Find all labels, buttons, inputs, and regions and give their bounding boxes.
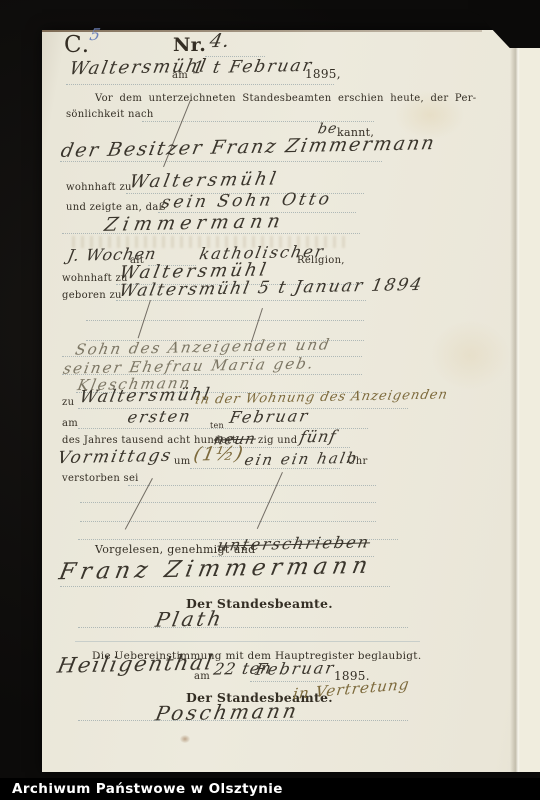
time-words: ein ein halb (243, 449, 360, 469)
blank-line (78, 627, 408, 628)
blank-line (62, 233, 360, 234)
residence1-value: Waltersmühl (128, 168, 281, 192)
death-day: ersten (126, 406, 193, 426)
death-am-label: am (62, 418, 78, 429)
year-unit-hand: fünf (298, 427, 338, 447)
born-label: geboren zu (62, 290, 122, 301)
time-prefix: Vormittags (56, 446, 174, 468)
uhr-label: Uhr (347, 456, 368, 467)
um-label: um (174, 456, 191, 467)
blank-line (116, 300, 366, 301)
certification-place: Heiligenthal (55, 650, 216, 677)
report-label: und zeigte an, daß (66, 202, 166, 213)
blank-line (128, 485, 376, 486)
am-label: am (172, 70, 188, 81)
zu-label: zu (62, 397, 74, 408)
nr-label: Nr. (173, 34, 206, 56)
section-divider (75, 641, 420, 642)
nr-value: 4. (208, 30, 232, 52)
intro-line1: Vor dem unterzeichneten Standesbeamten e… (95, 93, 476, 104)
certification-am-label: am (194, 671, 210, 682)
record-year: 1895, (305, 67, 341, 81)
page-top-edge (42, 30, 482, 32)
record-date: 1 t Februar (191, 56, 315, 79)
time-paren: (1½) (192, 442, 246, 465)
blank-line (142, 121, 374, 122)
blank-line (78, 720, 408, 721)
attestation-hand: unterschrieben (216, 532, 372, 554)
zig-label: zig und (258, 435, 297, 446)
blank-line (60, 161, 382, 162)
death-place: Waltersmühl (78, 385, 213, 408)
child-name: sein Sohn Otto (160, 189, 334, 213)
intro-line2: sönlichkeit nach (66, 109, 154, 120)
page-fold (510, 34, 520, 772)
archive-caption-bar: Archiwum Państwowe w Olsztynie (0, 778, 540, 800)
religion-label: Religion, (297, 255, 345, 266)
residence1-label: wohnhaft zu (66, 182, 132, 193)
death-month: Februar (228, 406, 311, 427)
record-place: Waltersmühl (68, 56, 210, 80)
blank-line (60, 586, 390, 587)
corner-letter: C. (64, 32, 90, 58)
adjacent-page-edge (518, 30, 540, 772)
blank-line (80, 521, 376, 522)
blank-line (66, 84, 334, 85)
blank-line (80, 502, 376, 503)
blank-line (86, 320, 364, 321)
child-surname: Zimmermann (103, 210, 287, 236)
certification-month: Februar (254, 658, 337, 679)
certification-signature: Poschmann (153, 699, 301, 726)
archival-scan: C. 5 Nr. 4. Waltersmühl am 1 t Februar 1… (0, 0, 540, 800)
closing-label: verstorben sei (62, 473, 139, 484)
blank-line (190, 468, 340, 469)
archive-name: Archiwum Państwowe w Olsztynie (12, 778, 283, 800)
blank-line (250, 681, 330, 682)
